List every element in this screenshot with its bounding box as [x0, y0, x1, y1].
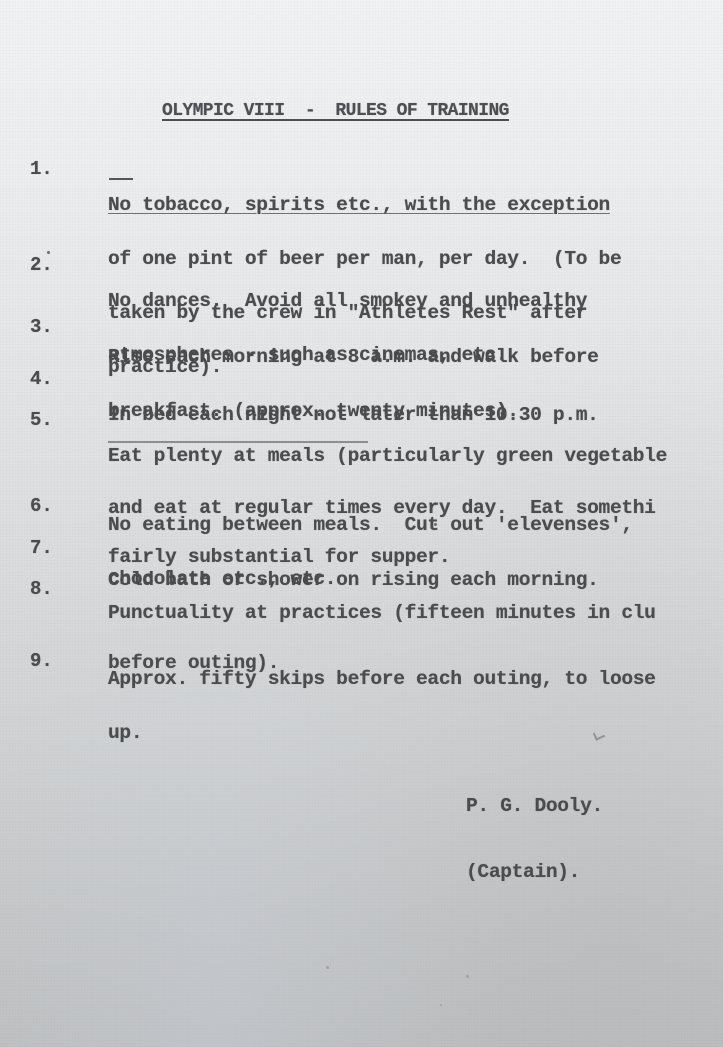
- ink-dot: [47, 251, 50, 254]
- rule-number: 3.: [30, 318, 53, 336]
- rule-line: Punctuality at practices (fifteen minute…: [108, 604, 656, 618]
- rule-number: 7.: [30, 539, 53, 557]
- document-title: OLYMPIC VIII - RULES OF TRAINING: [162, 102, 509, 120]
- rule-line: up.: [108, 724, 656, 742]
- typewritten-document: OLYMPIC VIII - RULES OF TRAINING 1. No t…: [0, 0, 723, 1047]
- no-underline-mark: [109, 178, 133, 180]
- signature-role: (Captain).: [466, 861, 603, 883]
- rule-line: Rise each morning at 8 a.m. and walk bef…: [108, 348, 599, 366]
- rule-line: No tobacco, spirits etc., with the excep…: [108, 196, 621, 214]
- rule-number: 6.: [30, 497, 53, 515]
- paper-speck: [466, 975, 469, 978]
- rule-line: Approx. fifty skips before each outing, …: [108, 670, 656, 688]
- rule-number: 2.: [30, 256, 53, 274]
- paper-speck: [326, 966, 329, 969]
- rule-number: 8.: [30, 580, 53, 598]
- rule-line: Eat plenty at meals (particularly green …: [108, 447, 667, 463]
- rule-number: 4.: [30, 370, 53, 388]
- overtype-mark: [108, 441, 368, 443]
- rule-number: 1.: [30, 160, 53, 178]
- paper-speck: [440, 1004, 442, 1006]
- ink-dot: [434, 523, 437, 526]
- rule-number: 5.: [30, 411, 53, 429]
- signature-block: P. G. Dooly. (Captain).: [466, 751, 603, 927]
- rule-number: 9.: [30, 652, 53, 670]
- signature-name: P. G. Dooly.: [466, 795, 603, 817]
- rule-line: No eating between meals. Cut out 'eleven…: [108, 516, 633, 534]
- rule-line: No dances. Avoid all smokey and unhealth…: [108, 292, 587, 310]
